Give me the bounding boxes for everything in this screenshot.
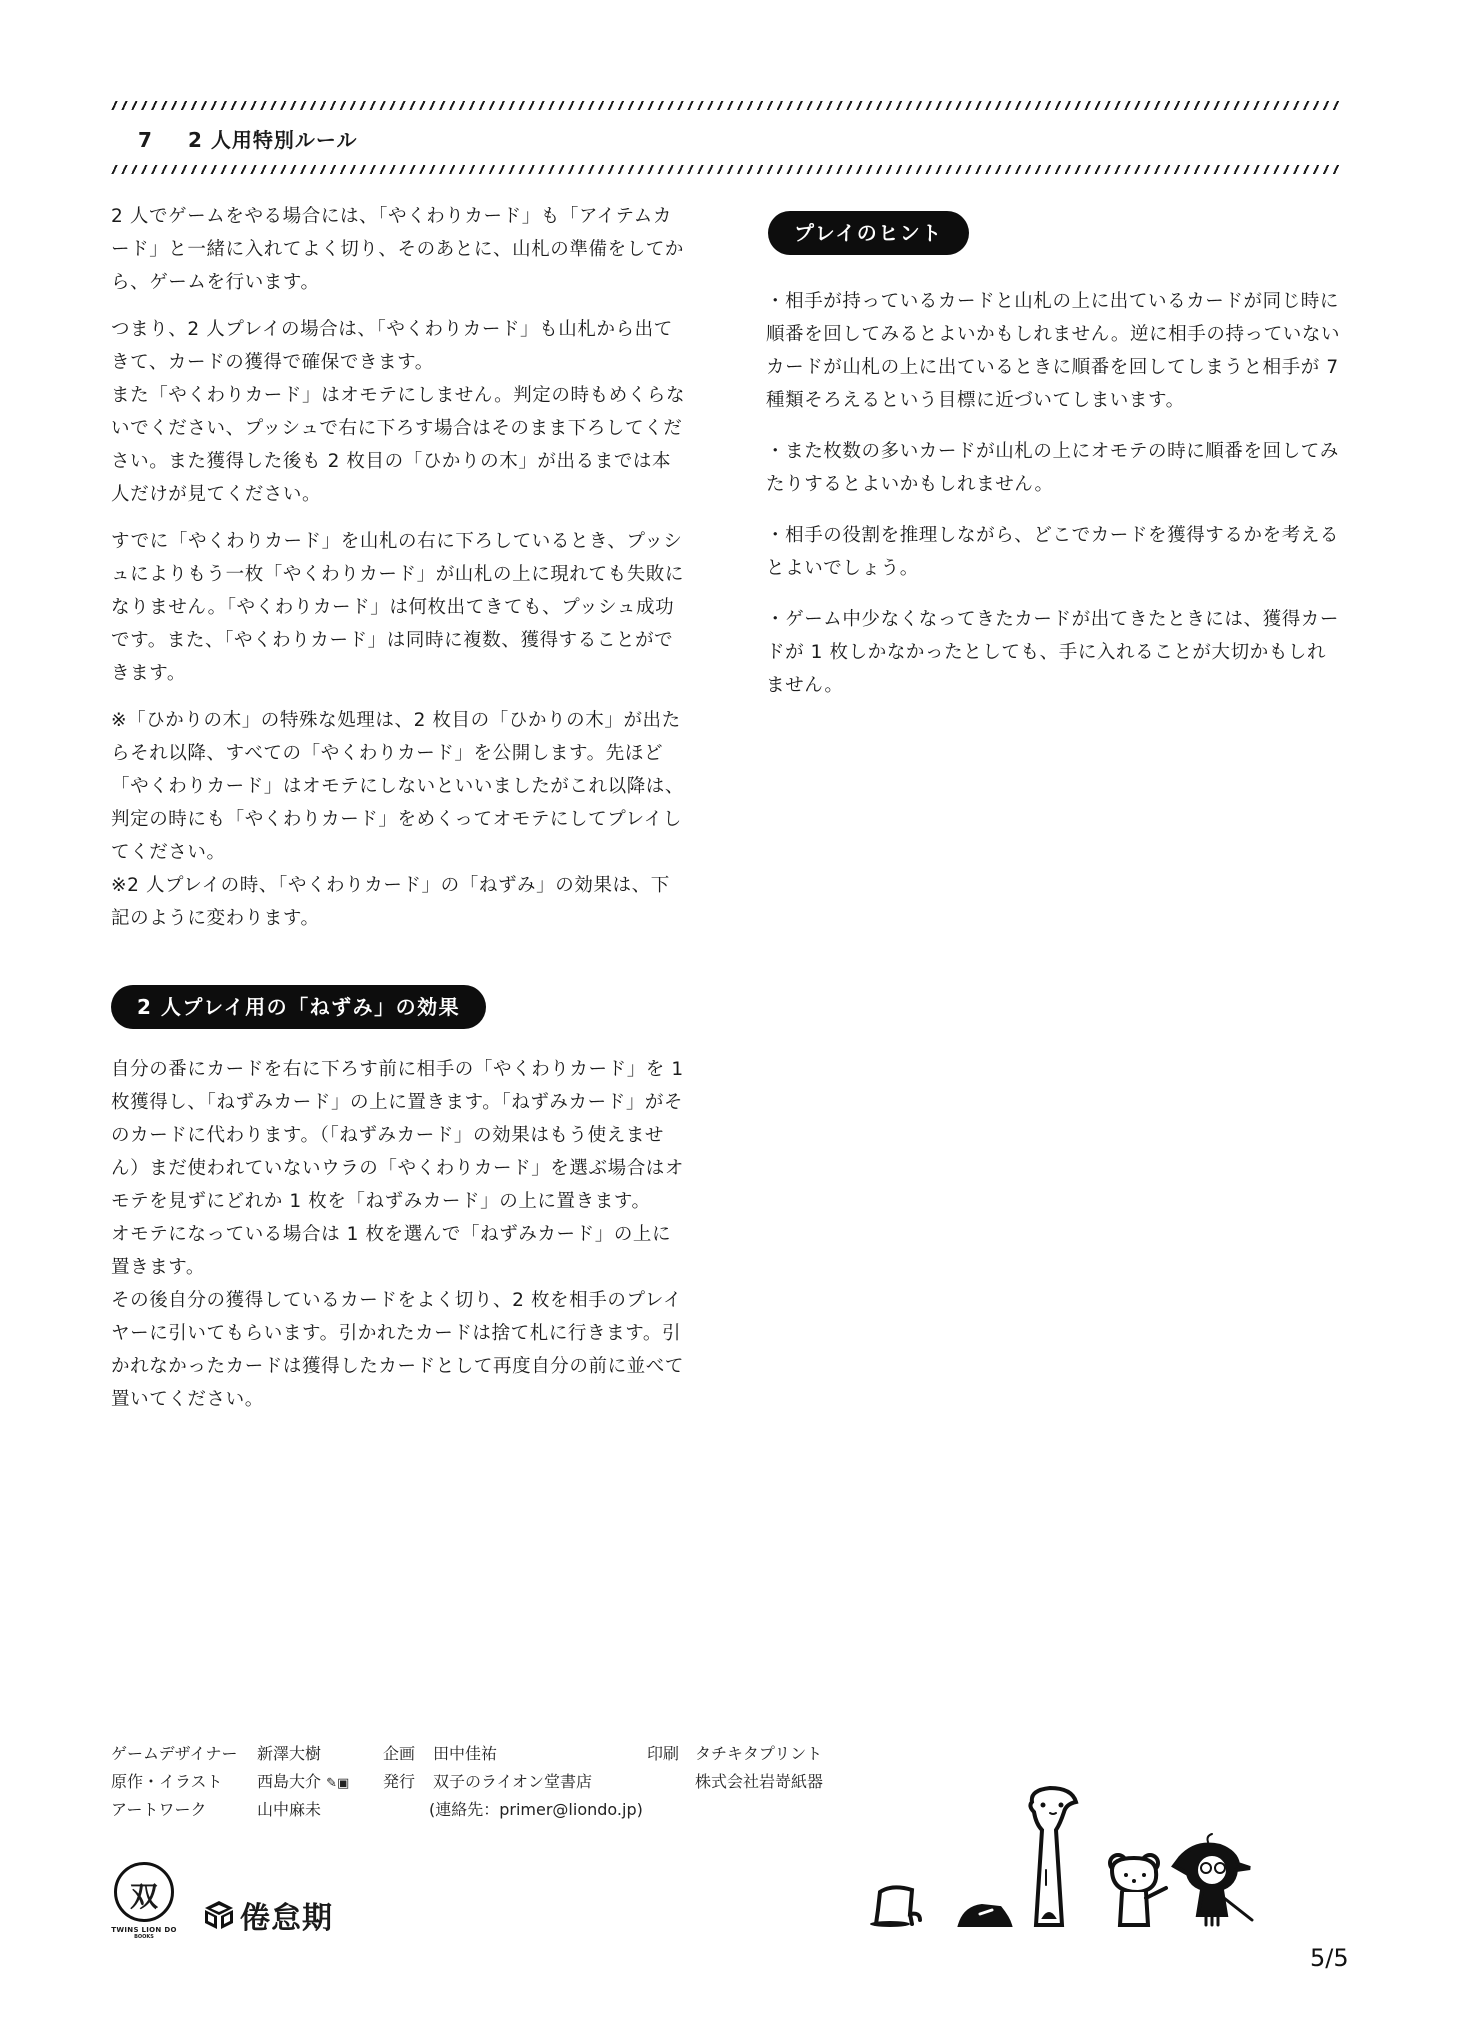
stump-icon bbox=[870, 1887, 920, 1927]
rock-icon bbox=[960, 1906, 1010, 1925]
section-number: 7 bbox=[138, 128, 188, 152]
section-title: 2 人用特別ルール bbox=[188, 128, 357, 152]
kentaiki-text: 倦怠期 bbox=[240, 1893, 333, 1937]
nezumi-section-body: 自分の番にカードを右に下ろす前に相手の「やくわりカード」を 1 枚獲得し、「ねず… bbox=[111, 1053, 687, 1430]
rule-paragraph: すでに「やくわりカード」を山札の右に下ろしているとき、プッシュによりもう一枚「や… bbox=[111, 525, 687, 690]
twins-glyph: 双 bbox=[117, 1875, 171, 1915]
rule-paragraph: ※「ひかりの木」の特殊な処理は、2 枚目の「ひかりの木」が出たらそれ以降、すべて… bbox=[111, 704, 687, 935]
illustrator-name: 西島大介 bbox=[257, 1772, 321, 1791]
left-column: 2 人でゲームをやる場合には、「やくわりカード」も「アイテムカード」と一緒に入れ… bbox=[111, 200, 687, 949]
illustrator-signature-icon: ✎▣ bbox=[326, 1776, 349, 1791]
twins-logo-subtext: BOOKS bbox=[108, 1934, 180, 1940]
kentaiki-logo: 倦怠期 bbox=[204, 1893, 333, 1937]
credit-label-publisher: 発行 bbox=[383, 1768, 415, 1796]
hints-heading-pill: プレイのヒント bbox=[768, 211, 969, 255]
cube-icon bbox=[204, 1900, 234, 1930]
rule-paragraph: つまり、2 人プレイの場合は、「やくわりカード」も山札から出てきて、カードの獲得… bbox=[111, 313, 687, 511]
top-hatched-rule bbox=[110, 101, 1342, 110]
credit-label-planning: 企画 bbox=[383, 1740, 415, 1768]
credit-label-illustration: 原作・イラスト bbox=[111, 1768, 223, 1796]
credit-name-designer: 新澤大樹 bbox=[257, 1740, 321, 1768]
twins-logo-text: TWINS LION DO bbox=[108, 1926, 180, 1934]
credit-label-designer: ゲームデザイナー bbox=[111, 1740, 238, 1768]
credit-name-printing-1: タチキタプリント bbox=[695, 1740, 822, 1768]
credit-label-artwork: アートワーク bbox=[111, 1796, 207, 1824]
credit-name-artwork: 山中麻未 bbox=[257, 1796, 321, 1824]
twins-lion-do-logo: 双 TWINS LION DO BOOKS bbox=[108, 1862, 180, 1940]
hint-item: ・ゲーム中少なくなってきたカードが出てきたときには、獲得カードが 1 枚しかなか… bbox=[766, 603, 1342, 702]
hint-item: ・相手の役割を推理しながら、どこでカードを獲得するかを考えるとよいでしょう。 bbox=[766, 519, 1342, 585]
credit-name-illustration: 西島大介 ✎▣ bbox=[257, 1768, 349, 1798]
twins-ring-icon: 双 bbox=[114, 1862, 174, 1922]
credit-name-printing-2: 株式会社岩嵜紙器 bbox=[695, 1768, 823, 1796]
credit-name-planning: 田中佳祐 bbox=[433, 1740, 497, 1768]
bear-creature-icon bbox=[1110, 1855, 1166, 1925]
page-number: 5/5 bbox=[1310, 1944, 1349, 1972]
tall-creature-icon bbox=[1030, 1788, 1076, 1925]
characters-illustration bbox=[850, 1780, 1270, 1960]
rule-paragraph: 2 人でゲームをやる場合には、「やくわりカード」も「アイテムカード」と一緒に入れ… bbox=[111, 200, 687, 299]
nezumi-paragraph: 自分の番にカードを右に下ろす前に相手の「やくわりカード」を 1 枚獲得し、「ねず… bbox=[111, 1053, 687, 1416]
girl-character-icon bbox=[1174, 1834, 1252, 1925]
hint-item: ・また枚数の多いカードが山札の上にオモテの時に順番を回してみたりするとよいかもし… bbox=[766, 435, 1342, 501]
credit-name-publisher: 双子のライオン堂書店 bbox=[433, 1768, 592, 1796]
bottom-hatched-rule bbox=[110, 165, 1342, 174]
section-heading: 72 人用特別ルール bbox=[138, 124, 357, 153]
credit-publisher-contact: (連絡先：primer@liondo.jp) bbox=[429, 1796, 643, 1824]
credit-label-printing: 印刷 bbox=[647, 1740, 679, 1768]
hint-item: ・相手が持っているカードと山札の上に出ているカードが同じ時に順番を回してみるとよ… bbox=[766, 285, 1342, 417]
nezumi-heading-pill: 2 人プレイ用の「ねずみ」の効果 bbox=[111, 985, 486, 1029]
hints-list: ・相手が持っているカードと山札の上に出ているカードが同じ時に順番を回してみるとよ… bbox=[766, 285, 1342, 716]
